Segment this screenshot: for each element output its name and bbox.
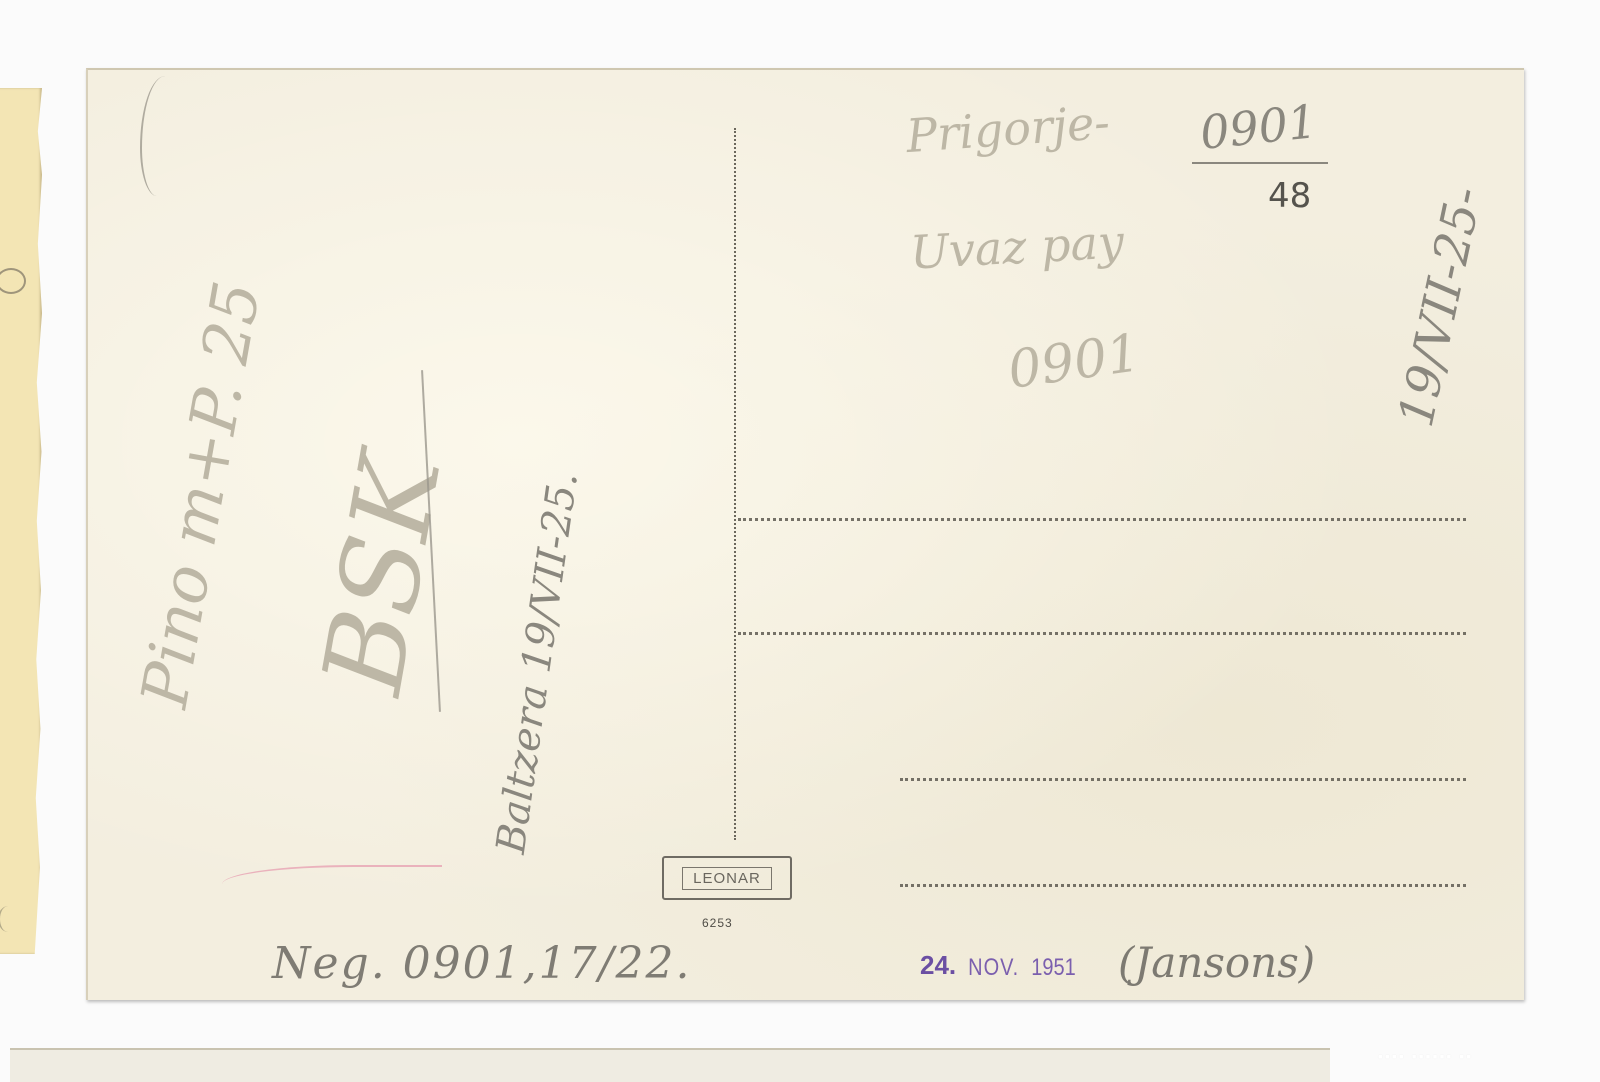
publisher-logo-text: LEONAR [682,867,772,890]
archivist-signature: (Jansons) [1118,938,1315,987]
negative-reference: Neg. 0901,17/22. [272,938,691,989]
pencil-note-baltzera-date: Baltzera 19/VII-25. [488,469,587,856]
adjacent-card-left [0,88,42,954]
faint-note-line-3: 0901 [1004,323,1143,401]
pink-crayon-mark [222,865,442,897]
stamp-month: NOV. [968,955,1019,983]
postcard-back: Pino m+P. 25 BSK Baltzera 19/VII-25. Pri… [86,68,1524,1000]
pencil-date-rotated: 19/VII-25- [1388,182,1493,432]
stamp-day: 24. [920,950,956,981]
address-line-4 [900,884,1466,887]
address-line-2 [738,632,1466,635]
address-line-3 [900,778,1466,781]
pencil-note-bsk: BSK [298,445,465,702]
publisher-number: 6253 [702,916,733,930]
address-line-1 [738,518,1466,521]
pencil-note-pino: Pino m+P. 25 [128,276,276,712]
faint-note-line-2: Uvaz pay [909,214,1125,279]
ink-mark [0,906,18,932]
faint-note-line-1: Prigorje- [904,95,1111,163]
catalog-fraction-bar [1192,162,1328,164]
divider-line [734,128,736,840]
ink-mark [0,268,26,294]
catalog-number: 0901 [1197,94,1319,160]
date-stamp: 24. NOV. 1951 [920,950,1076,981]
pencil-curve [140,76,182,196]
watermark: ▪▪▪▪ ▪▪▪▪▪▪ ▪▪ [1378,1048,1473,1064]
stamp-year: 1951 [1031,955,1076,983]
publisher-logo: LEONAR [662,856,792,900]
adjacent-card-bottom [10,1048,1330,1082]
catalog-subnumber: 48 [1268,176,1311,216]
